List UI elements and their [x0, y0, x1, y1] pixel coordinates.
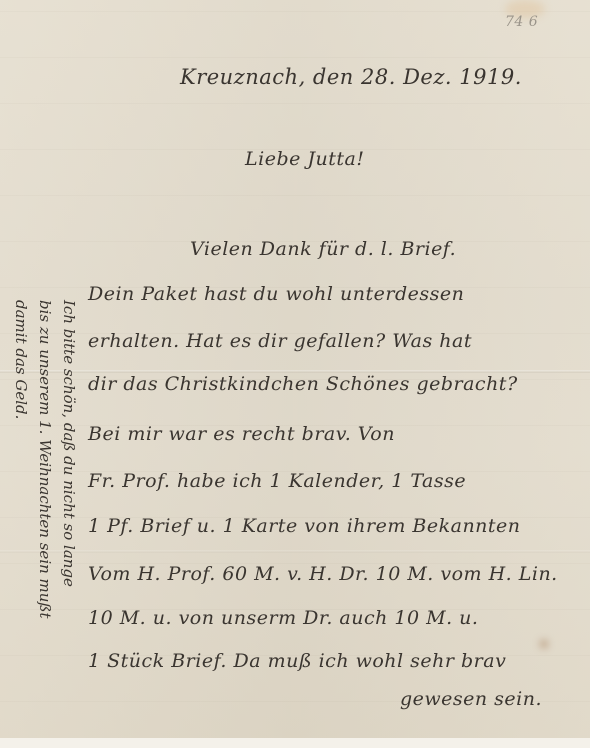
paper-edge: [0, 738, 590, 748]
letter-dateline: Kreuznach, den 28. Dez. 1919.: [180, 65, 522, 89]
letter-line: Fr. Prof. habe ich 1 Kalender, 1 Tasse: [88, 470, 466, 492]
margin-note-line: Ich bitte schön, daß du nicht so lange: [60, 300, 78, 587]
letter-line: Bei mir war es recht brav. Von: [88, 423, 395, 445]
letter-line: Dein Paket hast du wohl unterdessen: [88, 283, 464, 305]
letter-line: Vielen Dank für d. l. Brief.: [190, 238, 456, 260]
paper-fold: [0, 550, 590, 553]
letter-line: Vom H. Prof. 60 M. v. H. Dr. 10 M. vom H…: [88, 563, 558, 585]
margin-note-line: bis zu unserem 1. Weihnachten sein mußt: [36, 300, 54, 618]
letter-line: 1 Pf. Brief u. 1 Karte von ihrem Bekannt…: [88, 515, 521, 537]
archive-mark: 74 6: [505, 14, 538, 30]
margin-note-line: damit das Geld.: [12, 300, 30, 419]
letter-line: 10 M. u. von unserm Dr. auch 10 M. u.: [88, 607, 478, 629]
letter-salutation: Liebe Jutta!: [245, 148, 364, 170]
letter-line: erhalten. Hat es dir gefallen? Was hat: [88, 330, 472, 352]
letter-page: 74 6 Kreuznach, den 28. Dez. 1919. Liebe…: [0, 0, 590, 748]
letter-line: gewesen sein.: [400, 688, 542, 710]
letter-line: 1 Stück Brief. Da muß ich wohl sehr brav: [88, 650, 506, 672]
paper-spot: [540, 640, 548, 648]
letter-line: dir das Christkindchen Schönes gebracht?: [88, 373, 518, 395]
